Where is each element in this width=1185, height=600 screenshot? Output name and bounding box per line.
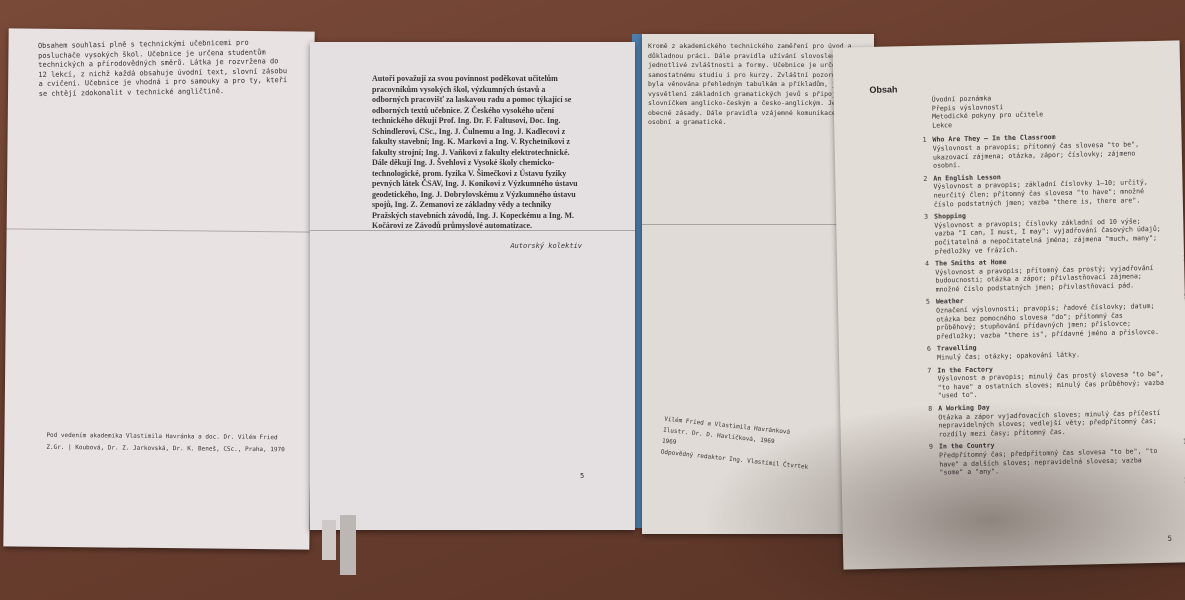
toc-lesson: 4 33 The Smiths at Home Výslovnost a pra…: [935, 255, 1166, 294]
lesson-description: Označení výslovnosti; pravopis; řadové č…: [936, 302, 1167, 341]
lesson-description: Výslovnost a pravopis; základní číslovky…: [933, 178, 1163, 209]
acknowledgements-text: Autoři považují za svou povinnost poděko…: [372, 74, 582, 232]
bookmark-ribbon: [340, 515, 356, 575]
credits-line-2: Z.Gr. | Koubová, Dr. Z. Jarkovská, Dr. K…: [46, 443, 296, 455]
page-preface: Obsahem souhlasí plně s technickými učeb…: [3, 28, 314, 549]
toc-lesson: 1 Who Are They — In the Classroom Výslov…: [932, 131, 1163, 170]
lesson-description: Výslovnost a pravopis; minulý čas prostý…: [937, 370, 1167, 401]
lesson-description: Výslovnost a pravopis; číslovky základní…: [934, 217, 1165, 256]
lesson-description: Výslovnost a pravopis; přítomný čas pros…: [935, 263, 1165, 294]
authors-signature: Autorský kolektiv: [460, 242, 582, 252]
toc-lesson: 8 94 A Working Day Otázka a zápor vyjadř…: [938, 400, 1169, 439]
toc-list: Úvodní poznámka Přepis výslovnosti Metod…: [932, 91, 1170, 491]
edition-credits: Vilém Fried a Vlastimila Havránková Ilus…: [660, 414, 864, 479]
toc-lesson: 2 An English Lesson Výslovnost a pravopi…: [933, 170, 1164, 209]
page-fold: [310, 230, 635, 231]
lesson-description: Výslovnost a pravopis; přítomný čas slov…: [933, 140, 1163, 171]
toc-title: Obsah: [869, 84, 897, 95]
toc-lesson: 6 68 Travelling Minulý čas; otázky; opak…: [937, 340, 1167, 362]
introduction-text: Kromě z akademického technického zaměřen…: [648, 42, 863, 128]
page-number: 5: [1168, 535, 1172, 543]
lesson-description: Předpřítomný čas; předpřítomný čas slove…: [939, 447, 1169, 478]
page-acknowledgements: Autoři považují za svou povinnost poděko…: [310, 42, 635, 530]
toc-lesson: 7 81 In the Factory Výslovnost a pravopi…: [937, 361, 1168, 400]
toc-lesson: 5 54 Weather Označení výslovnosti; pravo…: [936, 293, 1167, 341]
bookmark-ribbon: [322, 520, 336, 560]
page-number: 5: [580, 472, 584, 480]
toc-lesson: 3 Shopping Výslovnost a pravopis; číslov…: [934, 208, 1165, 256]
page-fold: [7, 228, 313, 232]
credits-line-1: Pod vedením akademika Vlastimila Havránk…: [46, 431, 296, 443]
lesson-description: Otázka a zápor vyjadřovacích sloves; min…: [938, 408, 1168, 439]
preface-text: Obsahem souhlasí plně s technickými učeb…: [38, 38, 289, 99]
page-table-of-contents: Obsah Úvodní poznámka Přepis výslovnosti…: [833, 40, 1185, 569]
toc-lesson: 9 106 In the Country Předpřítomný čas; p…: [939, 438, 1170, 477]
